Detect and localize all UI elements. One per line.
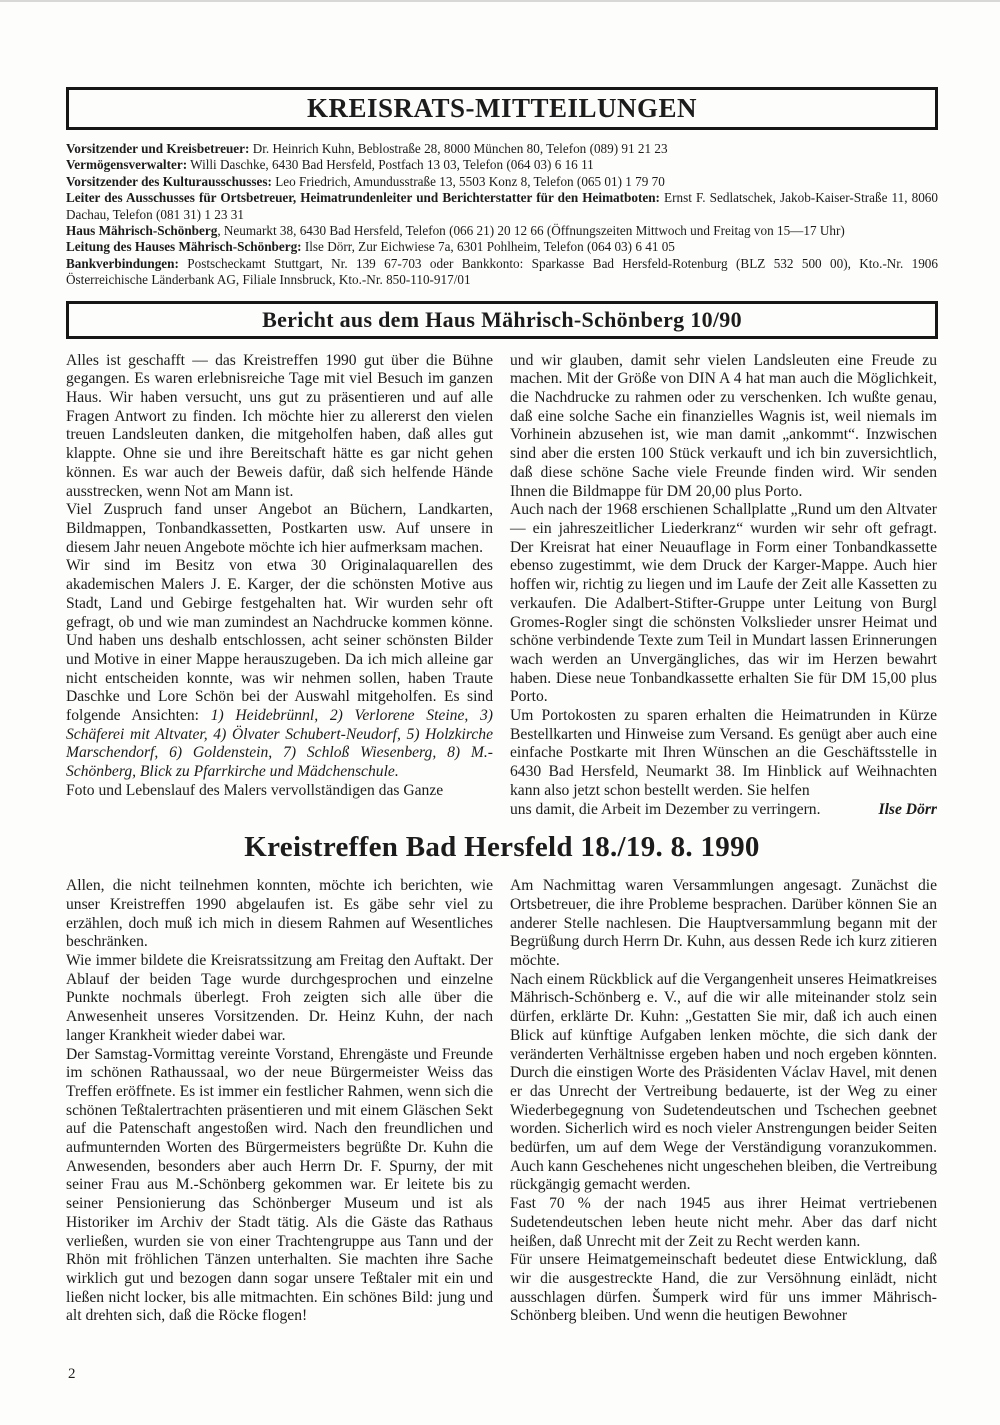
directory-entry-label: Leitung des Hauses Mährisch-Schönberg:	[66, 239, 302, 254]
article2-right-column: Am Nachmittag waren Versammlungen angesa…	[510, 877, 937, 1326]
paragraph: Am Nachmittag waren Versammlungen angesa…	[510, 877, 937, 971]
paragraph: Der Samstag-Vormittag vereinte Vorstand,…	[66, 1046, 493, 1327]
masthead-box: KREISRATS-MITTEILUNGEN	[66, 87, 938, 130]
directory-entry-text: Leo Friedrich, Amundusstraße 13, 5503 Ko…	[272, 174, 665, 189]
directory-entry: Vermögensverwalter: Willi Daschke, 6430 …	[66, 157, 938, 173]
directory-entry-label: Vermögensverwalter:	[66, 157, 187, 172]
directory: Vorsitzender und Kreisbetreuer: Dr. Hein…	[66, 141, 938, 289]
paragraph: Nach einem Rückblick auf die Vergangenhe…	[510, 971, 937, 1195]
paragraph-text: Wir sind im Besitz von etwa 30 Originala…	[66, 557, 493, 724]
paragraph: Allen, die nicht teilnehmen konnten, möc…	[66, 877, 493, 952]
paragraph: Viel Zuspruch fand unser Angebot an Büch…	[66, 501, 493, 557]
directory-entry: Leiter des Ausschusses für Ortsbetreuer,…	[66, 190, 938, 223]
paragraph: Wie immer bildete die Kreisratssitzung a…	[66, 952, 493, 1046]
directory-entry: Leitung des Hauses Mährisch-Schönberg: I…	[66, 239, 938, 255]
paragraph: Fast 70 % der nach 1945 aus ihrer Heimat…	[510, 1195, 937, 1251]
author-signature: Ilse Dörr	[879, 801, 937, 820]
page-title: KREISRATS-MITTEILUNGEN	[307, 93, 697, 124]
paragraph: Um Portokosten zu sparen erhalten die He…	[510, 707, 937, 801]
directory-entry-label: Leiter des Ausschusses für Ortsbetreuer,…	[66, 190, 660, 205]
paragraph: Alles ist geschafft — das Kreistreffen 1…	[66, 352, 493, 502]
article1-left-column: Alles ist geschafft — das Kreistreffen 1…	[66, 352, 493, 820]
article1-right-column: und wir glauben, damit sehr vielen Lands…	[510, 352, 937, 820]
directory-entry-text: Willi Daschke, 6430 Bad Hersfeld, Postfa…	[187, 157, 594, 172]
directory-entry-label: Vorsitzender und Kreisbetreuer:	[66, 141, 249, 156]
directory-entry-text: , Neumarkt 38, 6430 Bad Hersfeld, Telefo…	[217, 223, 844, 238]
article2-body: Allen, die nicht teilnehmen konnten, möc…	[66, 877, 938, 1326]
article2-left-column: Allen, die nicht teilnehmen konnten, möc…	[66, 877, 493, 1326]
directory-entry: Vorsitzender des Kulturausschusses: Leo …	[66, 174, 938, 190]
signature-row: uns damit, die Arbeit im Dezember zu ver…	[510, 801, 937, 820]
page-number: 2	[68, 1366, 76, 1383]
directory-entry-label: Vorsitzender des Kulturausschusses:	[66, 174, 272, 189]
paragraph: Für unsere Heimatgemeinschaft bedeutet d…	[510, 1251, 937, 1326]
directory-entry: Vorsitzender und Kreisbetreuer: Dr. Hein…	[66, 141, 938, 157]
directory-entry-text: Ilse Dörr, Zur Eichwiese 7a, 6301 Pohlhe…	[302, 239, 675, 254]
directory-entry-label: Bankverbindungen:	[66, 256, 179, 271]
paragraph: und wir glauben, damit sehr vielen Lands…	[510, 352, 937, 502]
paragraph: Foto und Lebenslauf des Malers vervollst…	[66, 782, 493, 801]
directory-entry: Haus Mährisch-Schönberg, Neumarkt 38, 64…	[66, 223, 938, 239]
article1-title-box: Bericht aus dem Haus Mährisch-Schönberg …	[66, 301, 938, 339]
paragraph-text: uns damit, die Arbeit im Dezember zu ver…	[510, 801, 820, 820]
directory-entry-text: Postscheckamt Stuttgart, Nr. 139 67-703 …	[66, 256, 938, 287]
paragraph: Wir sind im Besitz von etwa 30 Originala…	[66, 557, 493, 781]
article1-body: Alles ist geschafft — das Kreistreffen 1…	[66, 352, 938, 820]
article1-title: Bericht aus dem Haus Mährisch-Schönberg …	[262, 307, 742, 333]
page: KREISRATS-MITTEILUNGEN Vorsitzender und …	[66, 0, 938, 1326]
directory-entry-text: Dr. Heinrich Kuhn, Beblostraße 28, 8000 …	[249, 141, 667, 156]
directory-entry-label: Haus Mährisch-Schönberg	[66, 223, 217, 238]
paragraph: Auch nach der 1968 erschienen Schallplat…	[510, 501, 937, 707]
article2-title: Kreistreffen Bad Hersfeld 18./19. 8. 199…	[66, 831, 938, 864]
directory-entry: Bankverbindungen: Postscheckamt Stuttgar…	[66, 256, 938, 289]
